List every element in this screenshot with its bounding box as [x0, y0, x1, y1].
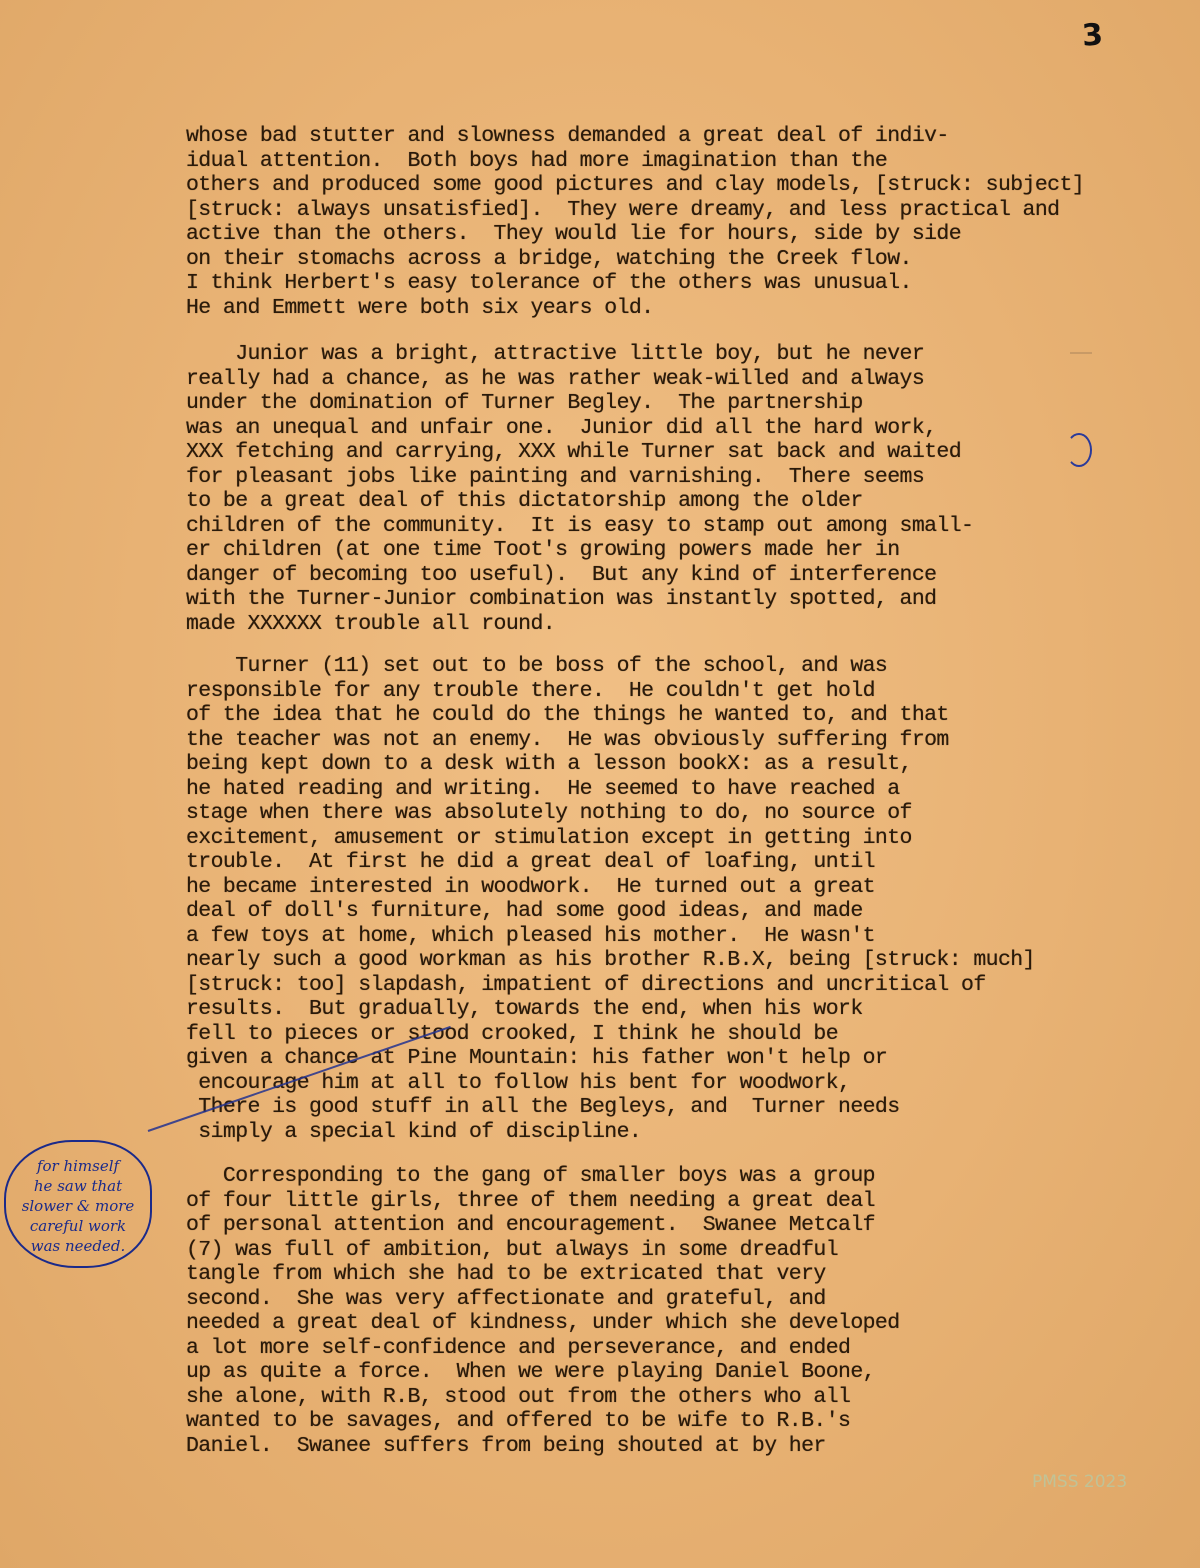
correction-circle-mark	[1066, 433, 1092, 467]
text-line: tangle from which she had to be extricat…	[186, 1262, 1106, 1287]
text-line: XXX fetching and carrying, XXX while Tur…	[186, 440, 1106, 465]
text-line: encourage him at all to follow his bent …	[186, 1071, 1106, 1096]
text-line: danger of becoming too useful). But any …	[186, 563, 1106, 588]
text-line: excitement, amusement or stimulation exc…	[186, 826, 1106, 851]
handwritten-margin-note: for himself he saw that slower & more ca…	[4, 1140, 152, 1268]
text-line: he hated reading and writing. He seemed …	[186, 777, 1106, 802]
page-number: 3	[1081, 17, 1104, 53]
note-line: slower & more	[6, 1196, 150, 1216]
text-line: on their stomachs across a bridge, watch…	[186, 247, 1106, 272]
text-line: active than the others. They would lie f…	[186, 222, 1106, 247]
text-line: the teacher was not an enemy. He was obv…	[186, 728, 1106, 753]
text-line: being kept down to a desk with a lesson …	[186, 752, 1106, 777]
text-line: of four little girls, three of them need…	[186, 1189, 1106, 1214]
note-line: for himself	[6, 1156, 150, 1176]
text-line: made XXXXXX trouble all round.	[186, 612, 1106, 637]
text-line: nearly such a good workman as his brothe…	[186, 948, 1106, 973]
text-line: Corresponding to the gang of smaller boy…	[186, 1164, 1106, 1189]
text-line: children of the community. It is easy to…	[186, 514, 1106, 539]
text-line: results. But gradually, towards the end,…	[186, 997, 1106, 1022]
text-line: er children (at one time Toot's growing …	[186, 538, 1106, 563]
text-line: with the Turner-Junior combination was i…	[186, 587, 1106, 612]
text-line: simply a special kind of discipline.	[186, 1120, 1106, 1145]
text-line: deal of doll's furniture, had some good …	[186, 899, 1106, 924]
text-line: Junior was a bright, attractive little b…	[186, 342, 1106, 367]
text-line: up as quite a force. When we were playin…	[186, 1360, 1106, 1385]
text-line: fell to pieces or stood crooked, I think…	[186, 1022, 1106, 1047]
text-line: under the domination of Turner Begley. T…	[186, 391, 1106, 416]
text-line: second. She was very affectionate and gr…	[186, 1287, 1106, 1312]
text-line: was an unequal and unfair one. Junior di…	[186, 416, 1106, 441]
text-line: whose bad stutter and slowness demanded …	[186, 124, 1106, 149]
text-line: [struck: too] slapdash, impatient of dir…	[186, 973, 1106, 998]
text-line: Daniel. Swanee suffers from being shoute…	[186, 1434, 1106, 1459]
text-line: [struck: always unsatisfied]. They were …	[186, 198, 1106, 223]
text-line: a few toys at home, which pleased his mo…	[186, 924, 1106, 949]
paragraph-1: whose bad stutter and slowness demanded …	[186, 124, 1106, 320]
text-line: He and Emmett were both six years old.	[186, 296, 1106, 321]
text-line: trouble. At first he did a great deal of…	[186, 850, 1106, 875]
note-line: careful work	[6, 1216, 150, 1236]
margin-dash-mark	[1070, 352, 1092, 354]
text-line: to be a great deal of this dictatorship …	[186, 489, 1106, 514]
watermark: PMSS 2023	[1032, 1472, 1127, 1492]
text-line: There is good stuff in all the Begleys, …	[186, 1095, 1106, 1120]
text-line: others and produced some good pictures a…	[186, 173, 1106, 198]
text-line: of personal attention and encouragement.…	[186, 1213, 1106, 1238]
note-line: was needed.	[6, 1236, 150, 1256]
text-line: of the idea that he could do the things …	[186, 703, 1106, 728]
text-line: idual attention. Both boys had more imag…	[186, 149, 1106, 174]
paragraph-4: Corresponding to the gang of smaller boy…	[186, 1164, 1106, 1458]
text-line: for pleasant jobs like painting and varn…	[186, 465, 1106, 490]
text-line: she alone, with R.B, stood out from the …	[186, 1385, 1106, 1410]
text-line: I think Herbert's easy tolerance of the …	[186, 271, 1106, 296]
text-line: a lot more self-confidence and persevera…	[186, 1336, 1106, 1361]
text-line: given a chance at Pine Mountain: his fat…	[186, 1046, 1106, 1071]
note-line: he saw that	[6, 1176, 150, 1196]
text-line: responsible for any trouble there. He co…	[186, 679, 1106, 704]
text-line: stage when there was absolutely nothing …	[186, 801, 1106, 826]
text-line: Turner (11) set out to be boss of the sc…	[186, 654, 1106, 679]
text-line: he became interested in woodwork. He tur…	[186, 875, 1106, 900]
text-line: needed a great deal of kindness, under w…	[186, 1311, 1106, 1336]
text-line: (7) was full of ambition, but always in …	[186, 1238, 1106, 1263]
paragraph-2: Junior was a bright, attractive little b…	[186, 342, 1106, 636]
text-line: wanted to be savages, and offered to be …	[186, 1409, 1106, 1434]
text-line: really had a chance, as he was rather we…	[186, 367, 1106, 392]
